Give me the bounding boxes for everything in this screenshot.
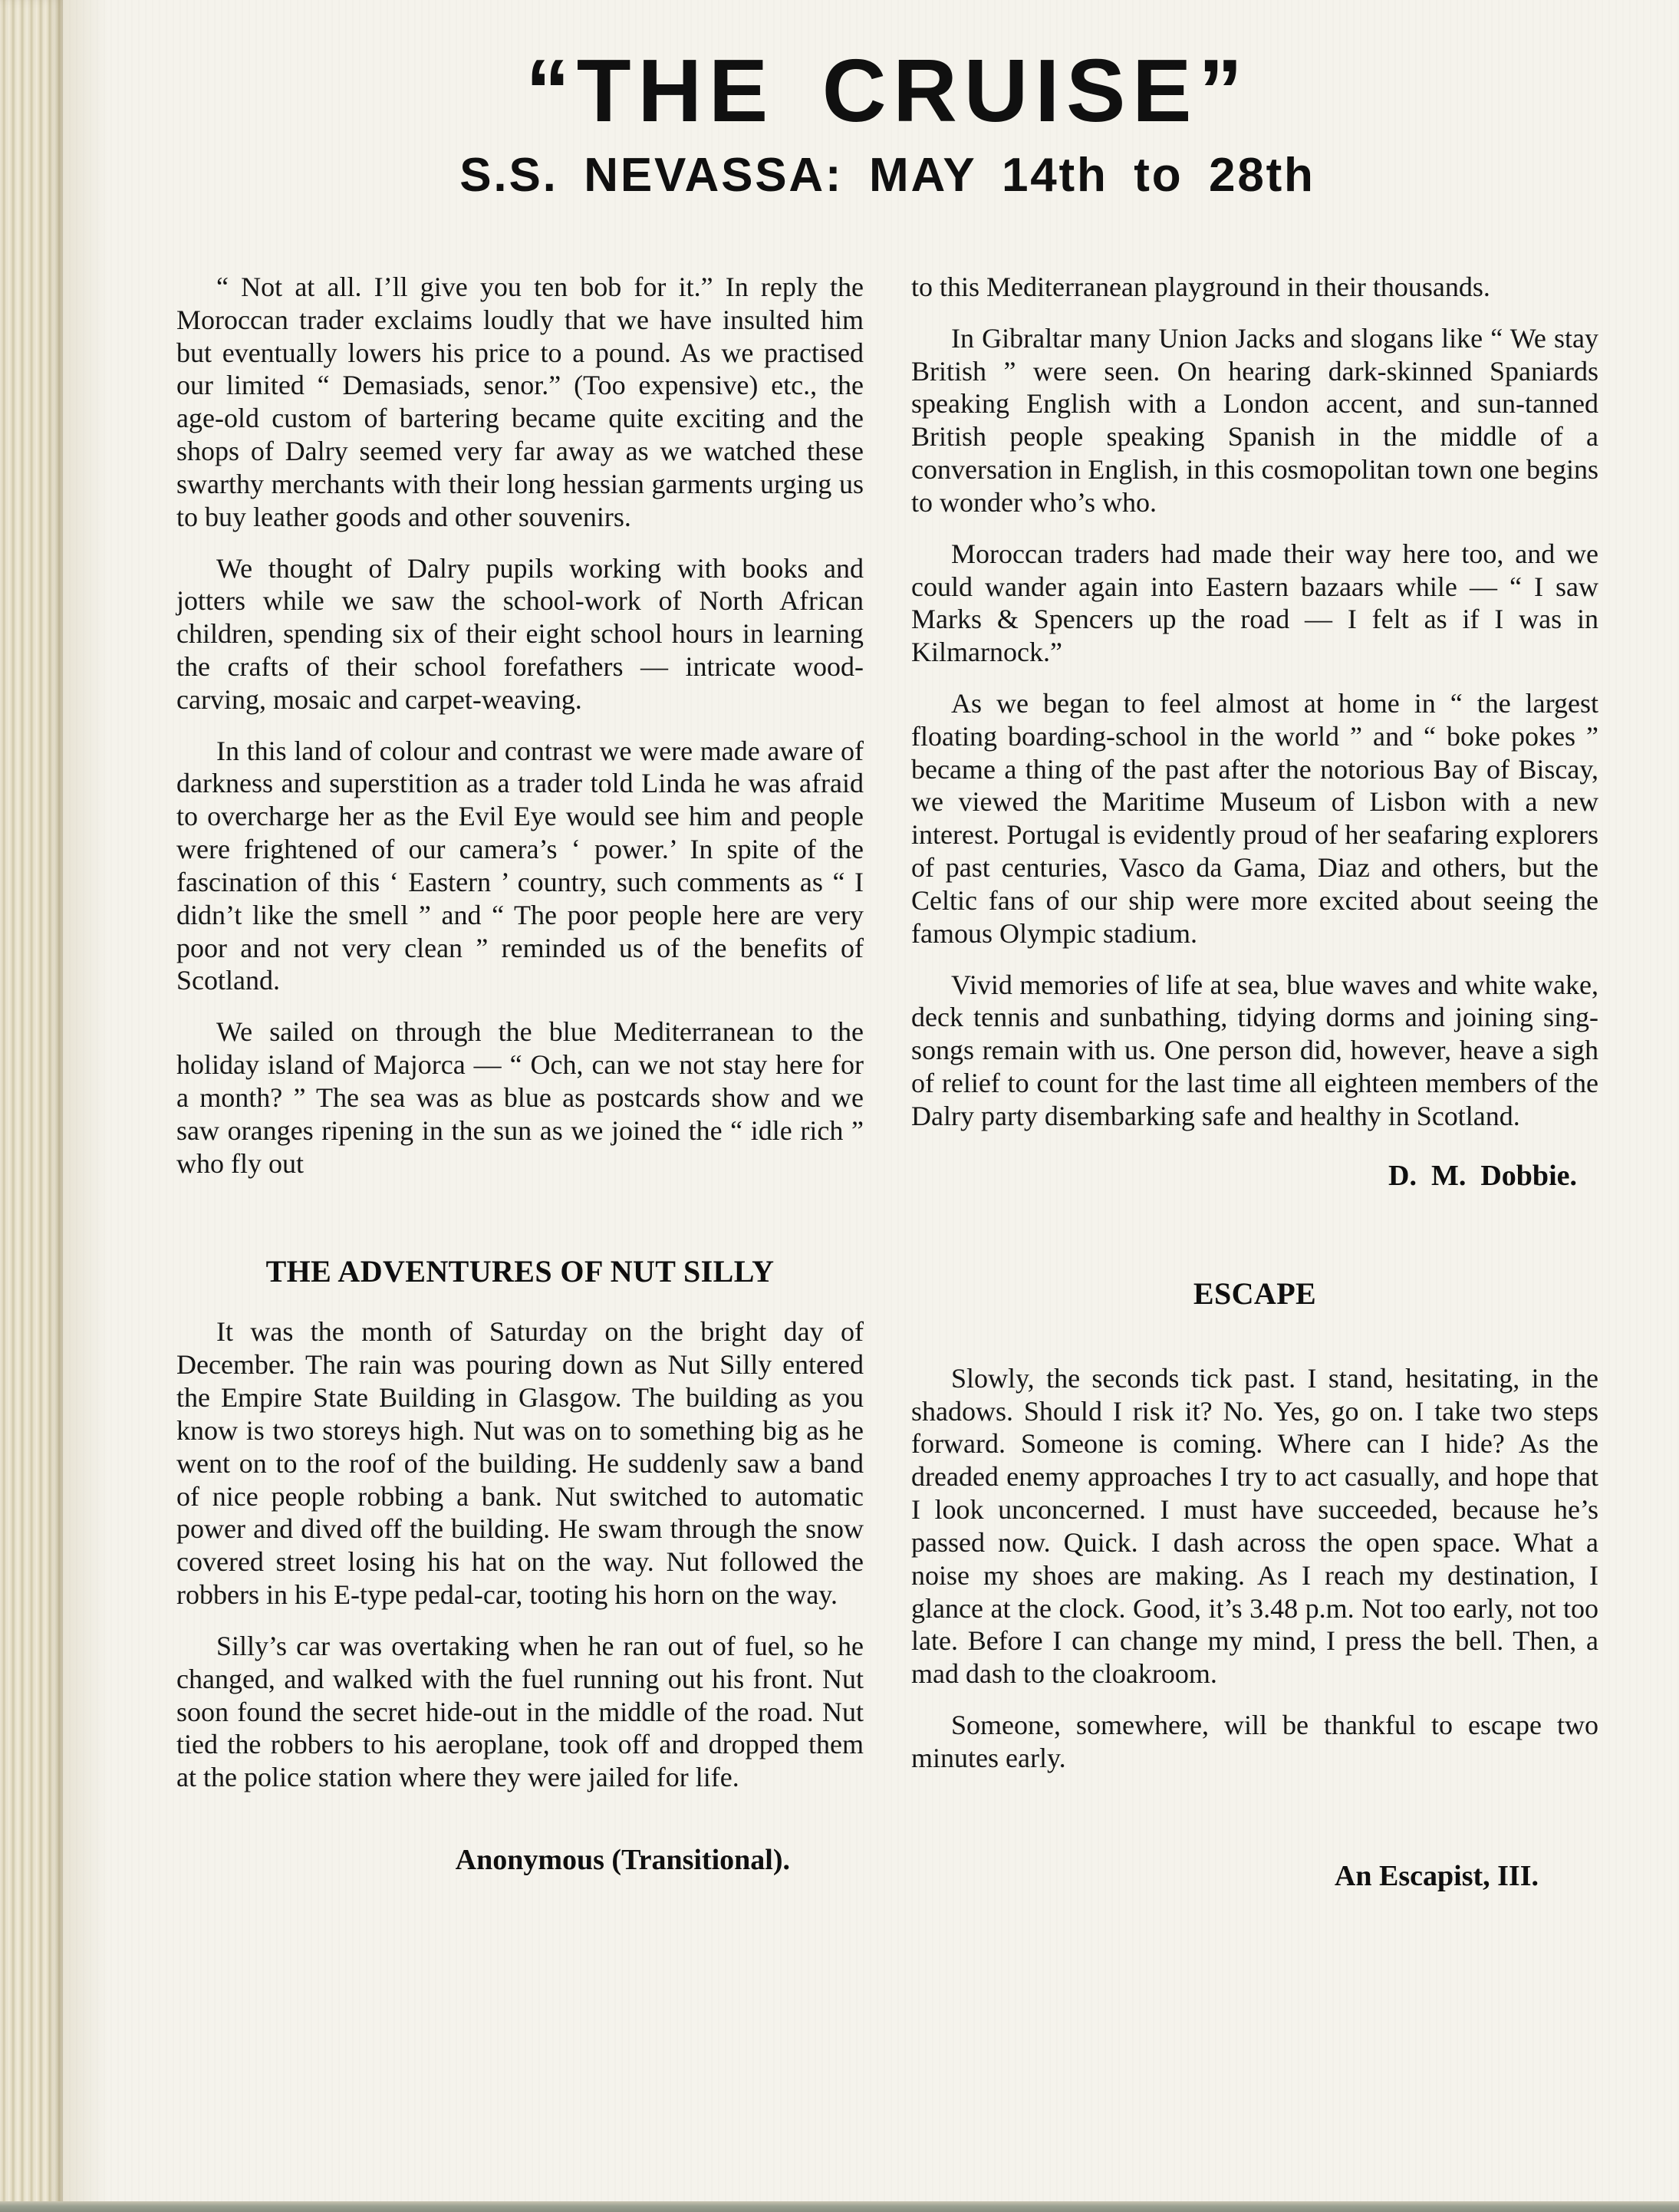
signature-escapist: An Escapist, III.: [911, 1859, 1539, 1893]
signature-anonymous: Anonymous (Transitional).: [176, 1843, 790, 1877]
cruise-paragraph: In this land of colour and contrast we w…: [176, 735, 864, 998]
cruise-paragraph: Vivid memories of life at sea, blue wave…: [911, 969, 1598, 1133]
cruise-paragraph: As we began to feel almost at home in “ …: [911, 687, 1598, 950]
section-heading-nut-silly: THE ADVENTURES OF NUT SILLY: [176, 1253, 864, 1289]
page-content: “THE CRUISE” S.S. NEVASSA: MAY 14th to 2…: [0, 0, 1679, 1893]
left-column: “ Not at all. I’ll give you ten bob for …: [176, 271, 864, 1893]
section-heading-escape: ESCAPE: [911, 1276, 1598, 1312]
cruise-paragraph: We thought of Dalry pupils working with …: [176, 552, 864, 716]
cruise-paragraph: We sailed on through the blue Mediterran…: [176, 1015, 864, 1180]
article-subtitle: S.S. NEVASSA: MAY 14th to 28th: [176, 150, 1598, 200]
scan-bottom-edge: [0, 2201, 1679, 2212]
two-column-text: “ Not at all. I’ll give you ten bob for …: [176, 271, 1598, 1893]
article-title: “THE CRUISE”: [176, 44, 1598, 138]
cruise-paragraph: “ Not at all. I’ll give you ten bob for …: [176, 271, 864, 534]
right-column: to this Mediterranean playground in thei…: [911, 271, 1598, 1893]
signature-dobbie: D. M. Dobbie.: [911, 1159, 1577, 1193]
cruise-paragraph: Moroccan traders had made their way here…: [911, 538, 1598, 669]
cruise-paragraph: to this Mediterranean playground in thei…: [911, 271, 1598, 304]
masthead: “THE CRUISE” S.S. NEVASSA: MAY 14th to 2…: [176, 44, 1598, 200]
nut-silly-paragraph: Silly’s car was overtaking when he ran o…: [176, 1630, 864, 1794]
nut-silly-paragraph: It was the month of Saturday on the brig…: [176, 1315, 864, 1611]
escape-paragraph: Someone, somewhere, will be thankful to …: [911, 1709, 1598, 1775]
escape-paragraph: Slowly, the seconds tick past. I stand, …: [911, 1362, 1598, 1690]
cruise-paragraph: In Gibraltar many Union Jacks and slogan…: [911, 322, 1598, 519]
scanned-magazine-page: “THE CRUISE” S.S. NEVASSA: MAY 14th to 2…: [0, 0, 1679, 2212]
